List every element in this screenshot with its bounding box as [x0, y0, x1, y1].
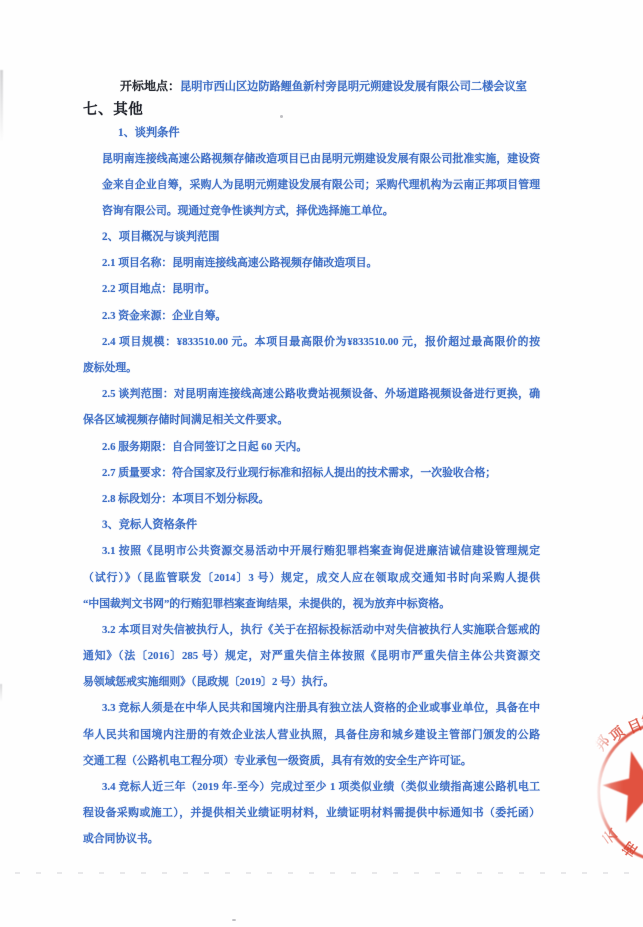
subsection-heading: 1、谈判条件 [118, 122, 540, 146]
document-line: 2.4 项目规模：¥833510.00 元。本项目最高限价为¥833510.00… [102, 329, 540, 355]
document-line: 2.5 谈判范围：对昆明南连接线高速公路收费站视频设备、外场道路视频设备进行更换… [102, 381, 540, 407]
document-line: 3.3 竞标人须是在中华人民共和国境内注册具有独立法人资格的企业或事业单位，具备… [102, 695, 540, 721]
document-line: 通知》（法〔2016〕285 号）规定，对严重失信主体按照《昆明市严重失信主体公… [83, 643, 540, 669]
company-seal-stamp: ★ 邦项目管云南 [578, 708, 643, 873]
field-value: 昆明市西山区边防路鲤鱼新村旁昆明元朔建设发展有限公司二楼会议室 [180, 81, 527, 93]
document-text-block: 开标地点：昆明市西山区边防路鲤鱼新村旁昆明元朔建设发展有限公司二楼会议室七、其他… [83, 75, 540, 853]
document-line: 交通工程（公路机电工程分项）专业承包一级资质，具有有效的安全生产许可证。 [83, 748, 540, 774]
document-line: 2.1 项目名称：昆明南连接线高速公路视频存储改造项目。 [102, 250, 540, 276]
document-line: 或合同协议书。 [83, 826, 540, 852]
labeled-line: 开标地点：昆明市西山区边防路鲤鱼新村旁昆明元朔建设发展有限公司二楼会议室 [120, 75, 540, 99]
document-line: 昆明南连接线高速公路视频存储改造项目已由昆明元朔建设发展有限公司批准实施，建设资 [102, 146, 540, 172]
document-line: 2.7 质量要求：符合国家及行业现行标准和招标人提出的技术需求，一次验收合格； [102, 460, 540, 486]
scan-speck [232, 919, 236, 921]
document-line: 华人民共和国境内注册的有效企业法人营业执照，具备住房和城乡建设主管部门颁发的公路 [83, 722, 540, 748]
numbered-heading: 3、竞标人资格条件 [102, 512, 540, 538]
document-line: 程设备采购或施工），并提供相关业绩证明材料，业绩证明材料需提供中标通知书（委托函… [83, 800, 540, 826]
document-line: （试行）》（昆监管联发〔2014〕3 号）规定，成交人应在领取成交通知书时向采购… [83, 565, 540, 591]
document-line: 2.8 标段划分：本项目不划分标段。 [102, 486, 540, 512]
document-line: 金来自企业自筹，采购人为昆明元朔建设发展有限公司；采购代理机构为云南正邦项目管理 [102, 172, 540, 198]
document-page: { "page": { "background": "#fefefe", "bo… [0, 0, 643, 927]
scan-edge-shadow [0, 70, 3, 142]
document-line: 易领域惩戒实施细则》（昆政规〔2019〕2 号）执行。 [83, 669, 540, 695]
field-label: 开标地点： [120, 79, 180, 93]
section-heading: 七、其他 [83, 99, 540, 123]
document-line: 废标处理。 [83, 355, 540, 381]
document-line: “中国裁判文书网”的行贿犯罪档案查询结果，未提供的，视为放弃中标资格。 [83, 591, 540, 617]
document-line: 咨询有限公司。现通过竞争性谈判方式，择优选择施工单位。 [102, 198, 540, 224]
scan-noise-line [15, 872, 630, 874]
scan-edge-shadow [0, 684, 2, 702]
document-line: 3.4 竞标人近三年（2019 年-至今）完成过至少 1 项类似业绩（类似业绩指… [102, 774, 540, 800]
document-line: 2.2 项目地点：昆明市。 [102, 276, 540, 302]
document-line: 3.1 按照《昆明市公共资源交易活动中开展行贿犯罪档案查询促进廉洁诚信建设管理规… [102, 538, 540, 564]
document-line: 2.6 服务期限：自合同签订之日起 60 天内。 [102, 434, 540, 460]
document-line: 2.3 资金来源：企业自筹。 [102, 303, 540, 329]
numbered-heading: 2、项目概况与谈判范围 [102, 224, 540, 250]
document-line: 3.2 本项目对失信被执行人，执行《关于在招标投标活动中对失信被执行人实施联合惩… [102, 617, 540, 643]
document-line: 保各区域视频存储时间满足相关文件要求。 [83, 407, 540, 433]
